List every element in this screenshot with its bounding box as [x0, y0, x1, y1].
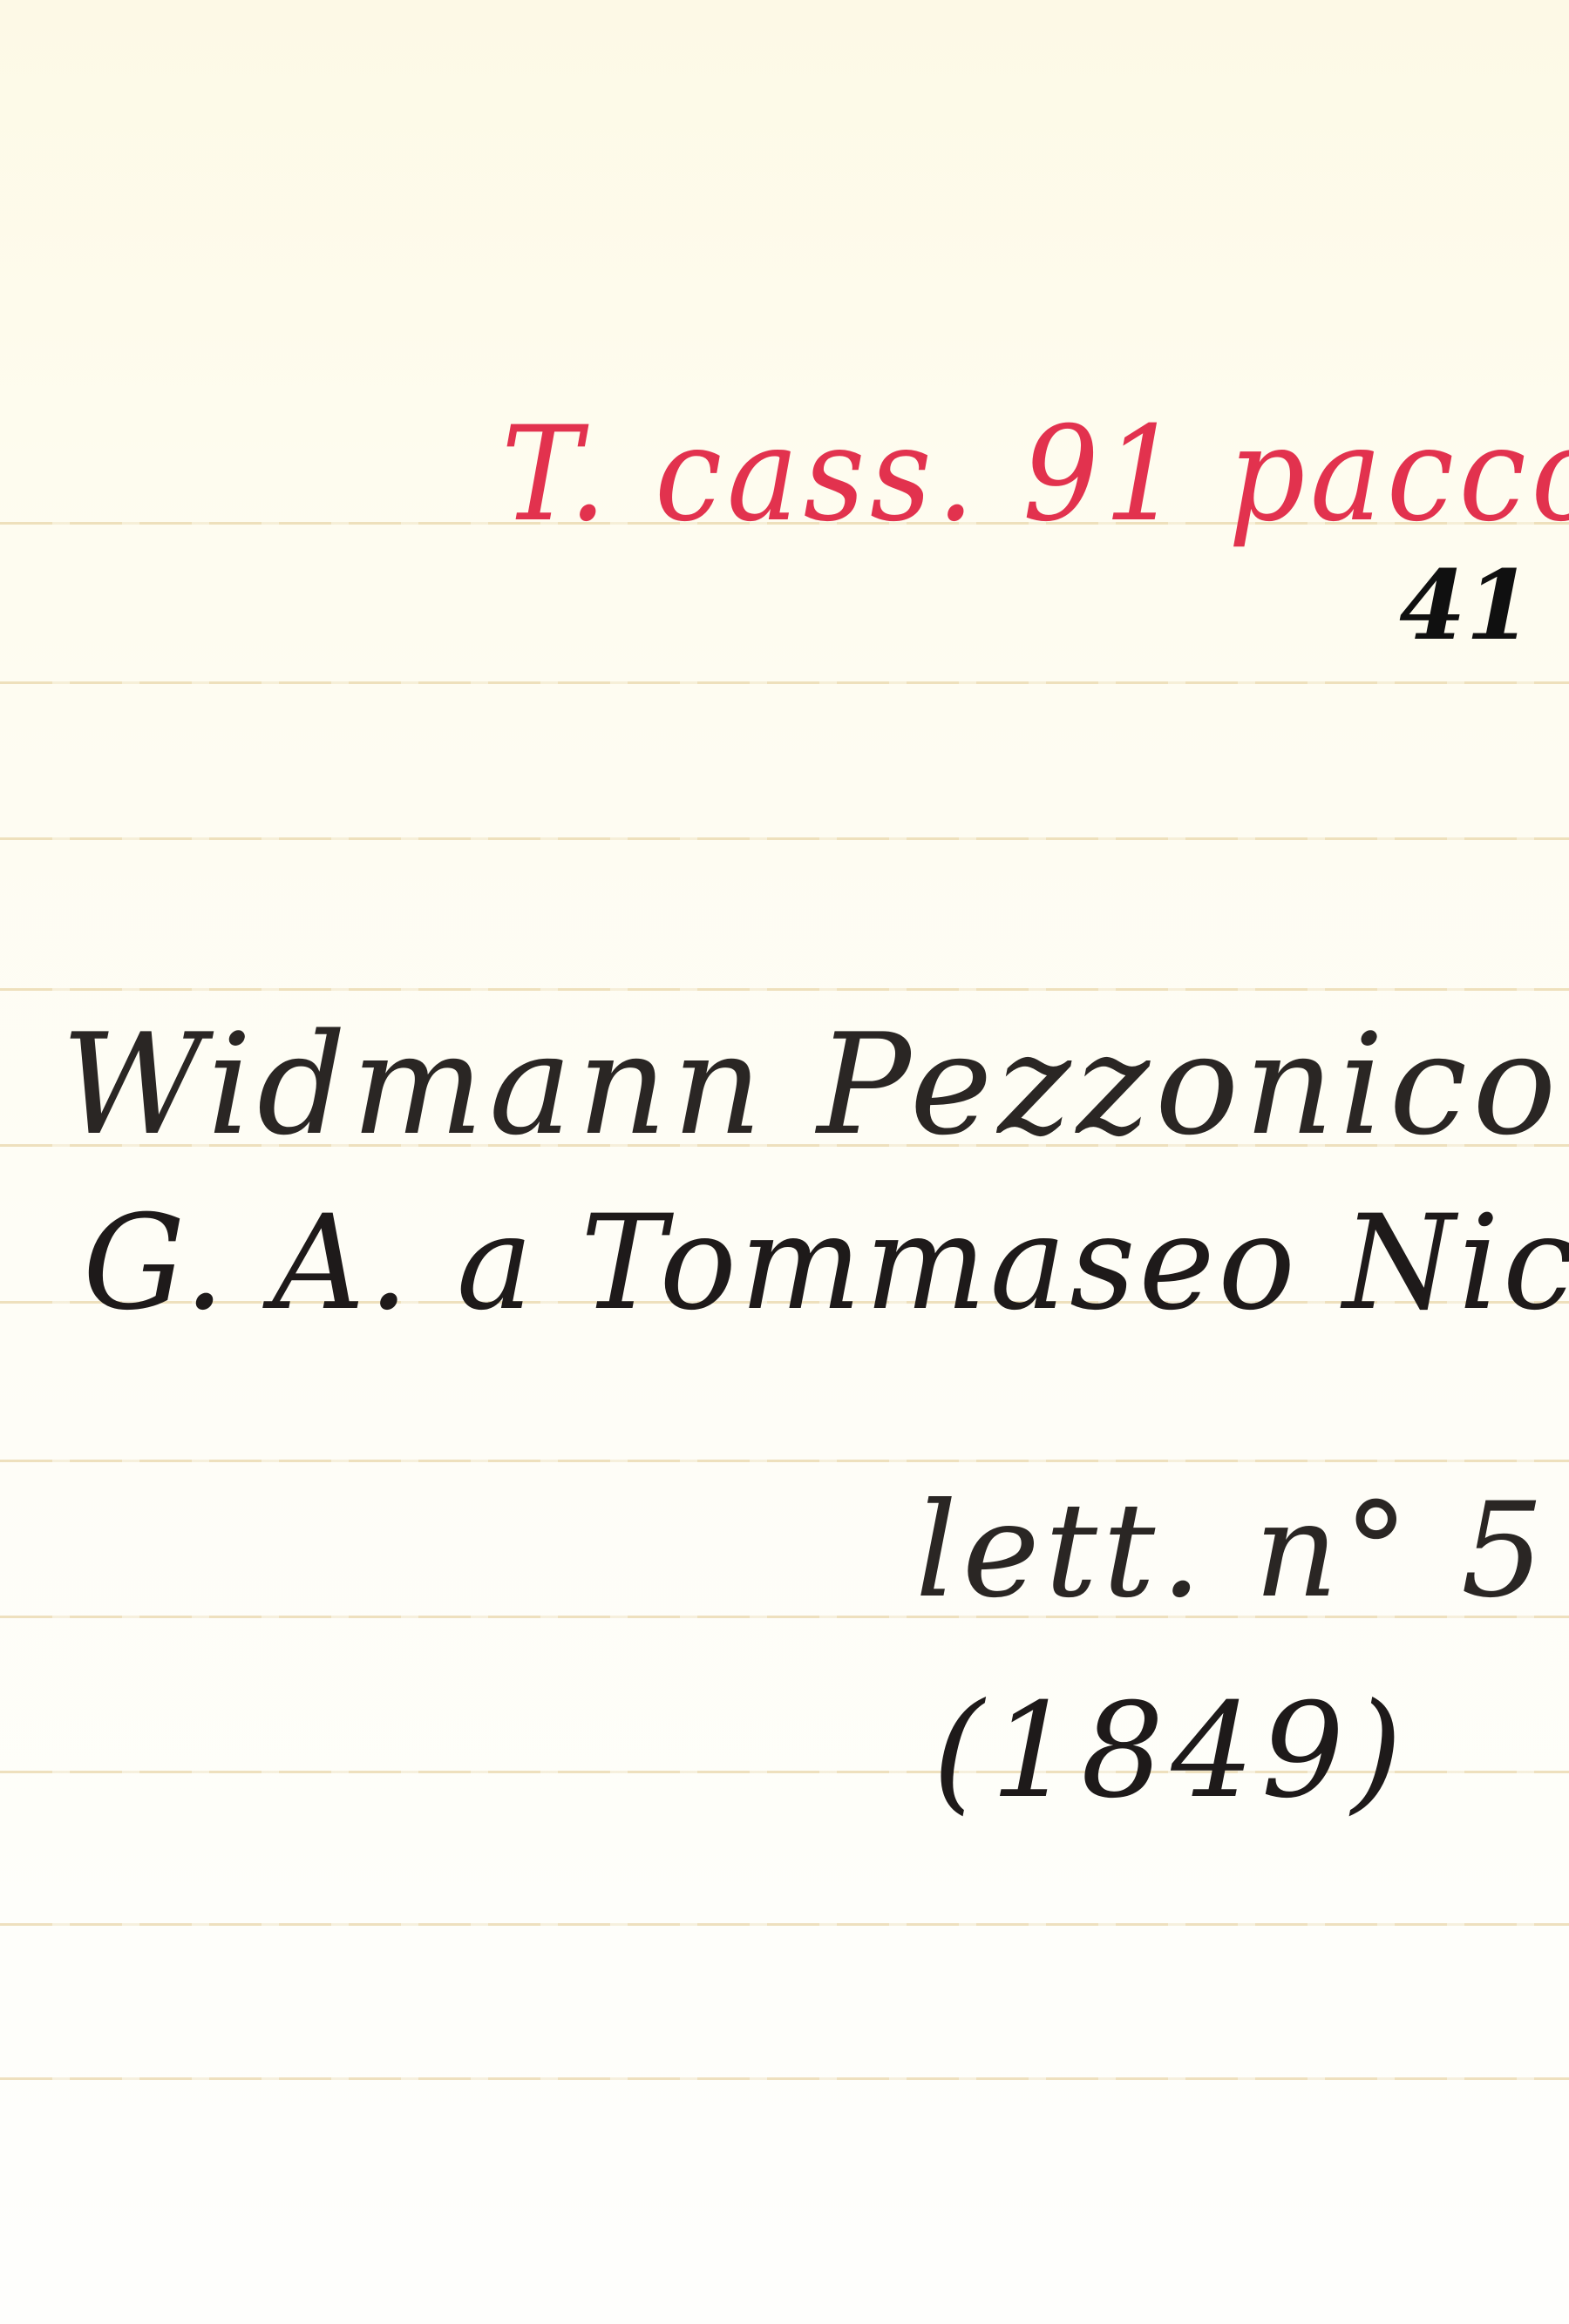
ruled-line [0, 2077, 1569, 2080]
shelfmark: T. cass. 91 pacco 145. [501, 410, 1569, 540]
item-number: 41 [1399, 558, 1532, 654]
ruled-line [0, 988, 1569, 991]
author-name: Widmann Pezzonico [61, 1015, 1562, 1155]
ruled-line [0, 681, 1569, 684]
year: (1849) [933, 1686, 1409, 1817]
ruled-line [0, 1923, 1569, 1926]
ruled-line [0, 1460, 1569, 1462]
letter-count: lett. n° 5 [915, 1486, 1549, 1616]
ruled-line [0, 837, 1569, 840]
index-card: T. cass. 91 pacco 145. 41 Widmann Pezzon… [0, 0, 1569, 2324]
correspondence-line: G. A. a Tommaseo Niccolò [83, 1198, 1569, 1329]
